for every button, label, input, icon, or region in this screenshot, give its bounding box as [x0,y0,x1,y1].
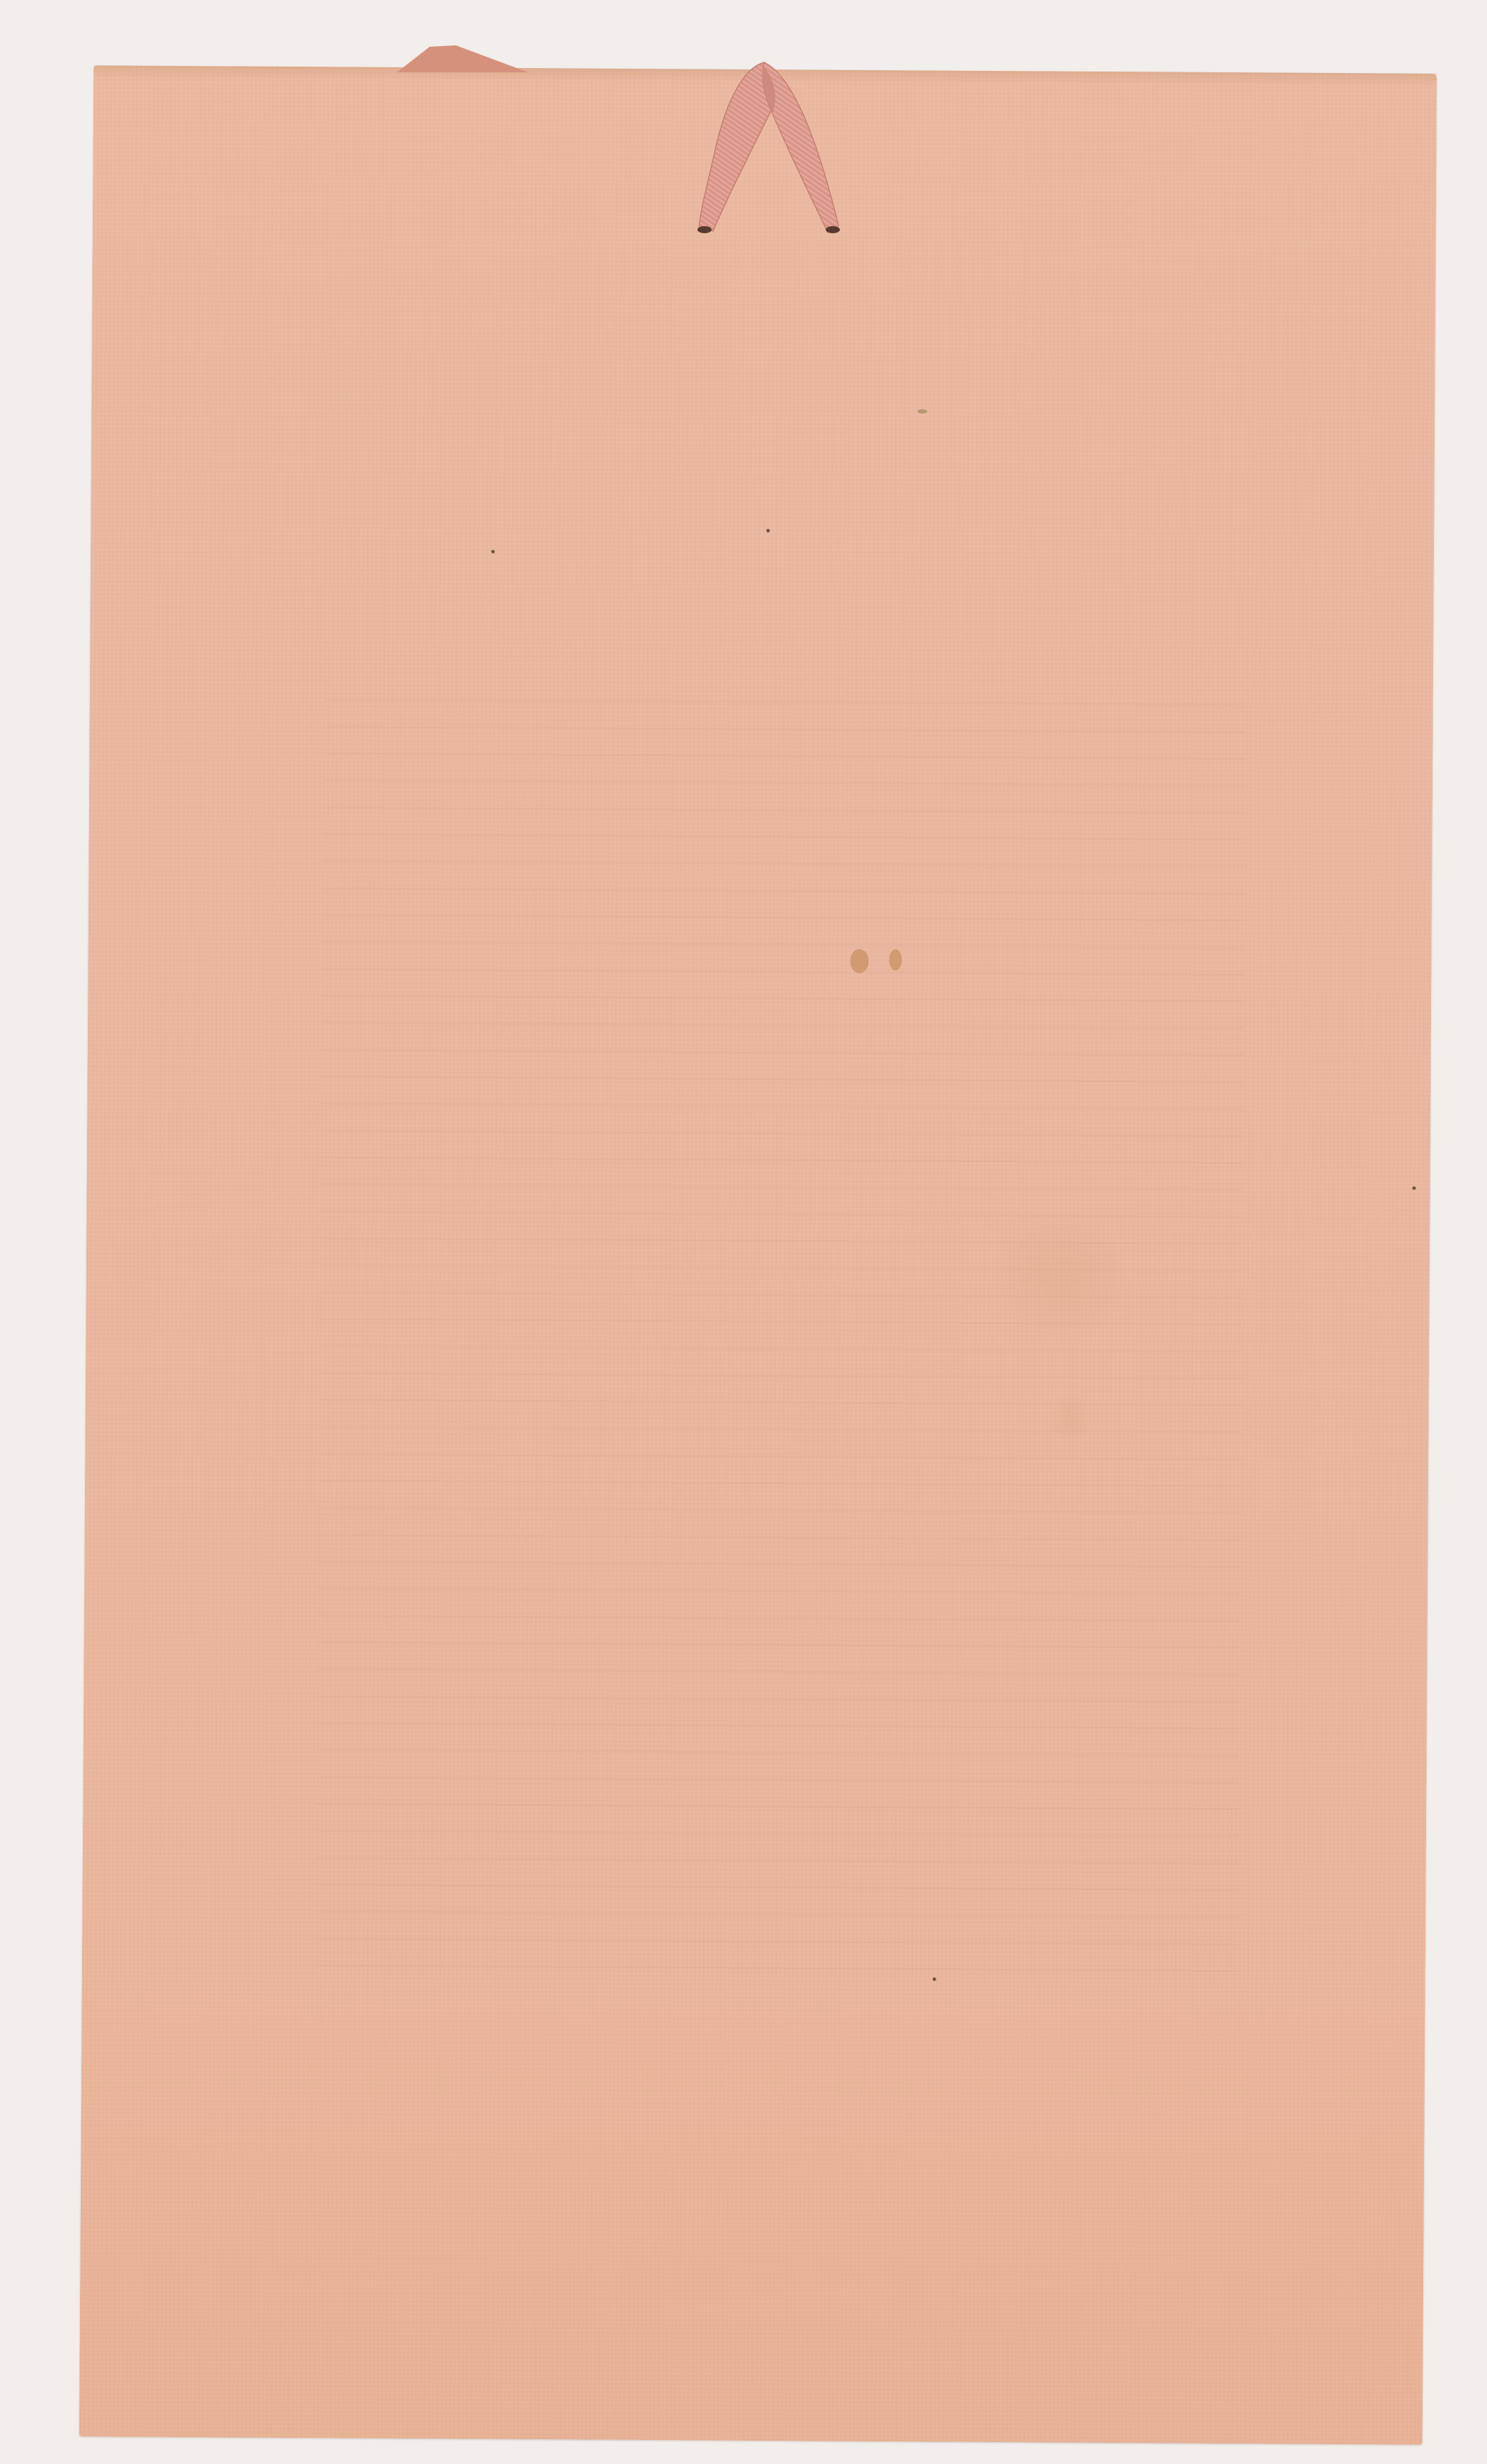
speck [917,409,927,413]
speck [933,1978,936,1981]
speck [491,550,495,554]
ribbon-tab [397,45,528,72]
printed-text-showthrough [316,690,1245,1972]
ribbon-loop-icon [693,61,843,235]
speck [1413,1187,1416,1190]
card-back [79,65,1437,2445]
stain-mark [889,949,902,970]
speck [766,529,770,532]
stain-mark [850,949,868,973]
